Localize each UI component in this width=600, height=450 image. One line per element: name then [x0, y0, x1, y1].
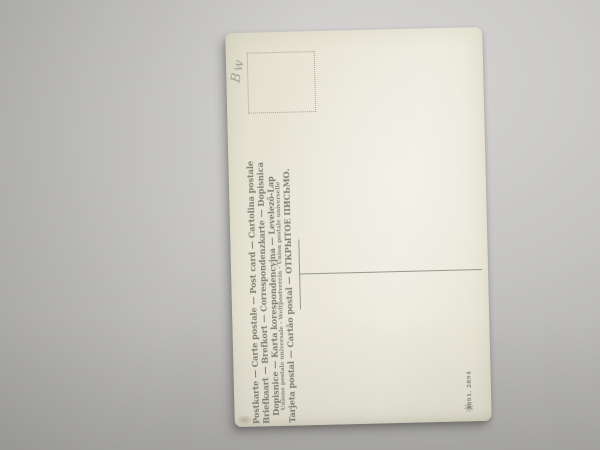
address-divider-line — [299, 269, 482, 275]
postcard: Bw Postkarte — Carte postale — Post card… — [225, 27, 492, 427]
pencil-note: Bw — [227, 49, 249, 91]
photo-background: Bw Postkarte — Carte postale — Post card… — [0, 0, 600, 450]
printer-logo-icon: ✳ — [462, 400, 479, 416]
stamp-box — [247, 51, 316, 114]
postcard-header-block: Postkarte — Carte postale — Post card — … — [244, 168, 300, 424]
